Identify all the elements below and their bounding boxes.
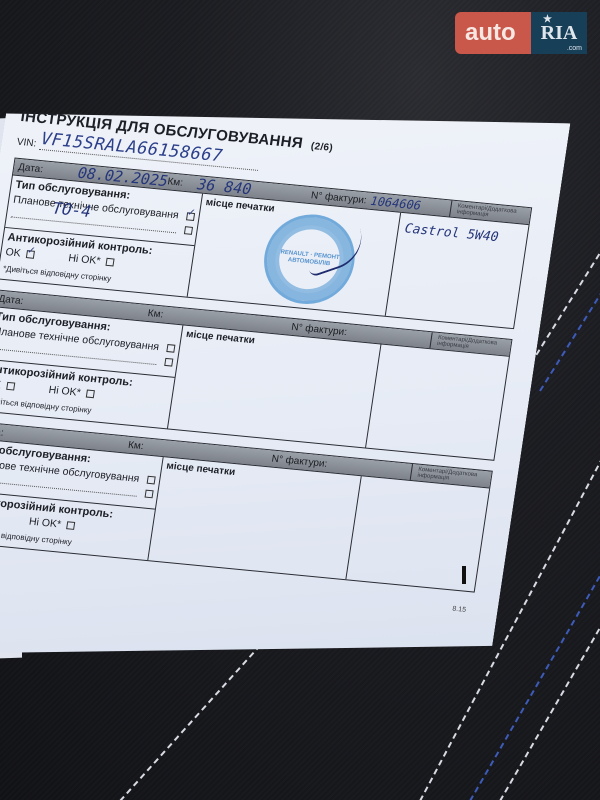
page-tab-marker [462,566,466,584]
not-ok-checkbox[interactable] [66,521,75,530]
planned-service-checkbox[interactable] [147,476,156,485]
service-type-column: Тип обслуговування: Планове технічне обс… [0,175,203,296]
km-value [178,316,287,327]
service-type-column: Тип обслуговування: Планове технічне обс… [0,307,183,428]
other-service-checkbox[interactable] [164,357,173,366]
km-label: Км: [147,308,178,322]
not-ok-label: Ні OK* [28,516,62,531]
invoice-value [331,464,411,472]
stamp-place-label: місце печатки [185,329,255,347]
other-service-value: ТО-4 [51,198,92,221]
page-indicator: (2/6) [310,141,334,154]
date-value [39,436,129,445]
not-ok-checkbox[interactable] [106,258,115,267]
service-instruction-sheet: ІНСТРУКЦІЯ ДЛЯ ОБСЛУГОВУВАННЯ (2/6) VIN:… [0,108,540,593]
vin-label: VIN: [16,137,37,150]
stamp-place-label: місце печатки [205,197,275,215]
not-ok-label: Ні OK* [48,384,82,399]
comments-column [346,476,489,591]
other-service-checkbox[interactable] [184,226,193,235]
planned-service-checkbox[interactable] [166,344,175,353]
logo-auto-text: auto [455,12,531,54]
page-number: 8.15 [452,606,467,614]
invoice-value [351,333,431,341]
date-value [58,304,148,313]
autoria-watermark-logo: auto ★ RIA .com [455,12,587,54]
km-value [158,448,267,459]
not-ok-checkbox[interactable] [86,390,95,399]
stamp-place-label: місце печатки [166,461,236,479]
logo-domain-text: .com [567,45,582,52]
ok-checkbox[interactable] [6,382,15,391]
logo-ria-badge: ★ RIA .com [531,12,587,54]
planned-service-checkbox[interactable] [186,212,195,221]
service-type-column: Тип обслуговування: Планове технічне обс… [0,439,164,560]
not-ok-label: Ні OK* [68,252,102,267]
other-service-checkbox[interactable] [145,489,154,498]
stamp-column: місце печатки RENAULT · РЕМОНТ АВТОМОБІЛ… [188,194,401,316]
star-icon: ★ [543,14,552,25]
stamp-column: місце печатки [148,457,361,579]
date-label: Дата: [0,425,39,442]
ok-label: OK [0,378,2,391]
stamp-column: місце печатки [168,325,381,447]
km-label: Км: [127,439,158,453]
ok-checkbox[interactable] [26,250,35,259]
date-label: Дата: [0,293,59,310]
comments-column [366,345,509,460]
km-label: Км: [167,176,198,190]
ok-label: OK [5,246,22,259]
comments-column: Castrol 5W40 [386,213,529,328]
comment-value: Castrol 5W40 [404,221,500,245]
